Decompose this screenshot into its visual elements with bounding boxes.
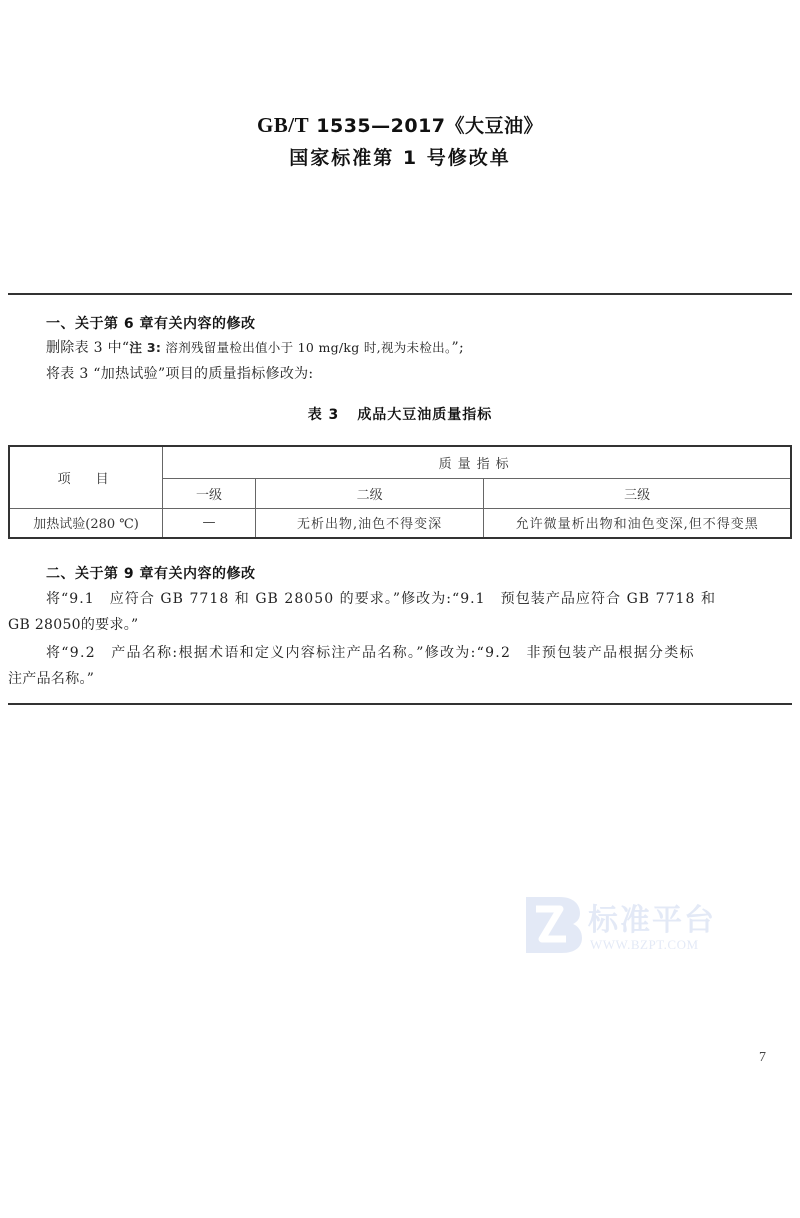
document-subtitle: 国家标准第 1 号修改单 — [0, 145, 800, 171]
document-title-block: GB/T 1535—2017《大豆油》 国家标准第 1 号修改单 — [0, 112, 800, 171]
quality-spec-table: 项 目 质量指标 一级 二级 三级 加热试验(280 ℃) — 无析出物,油色不… — [8, 445, 792, 539]
note-text: 溶剂残留量检出值小于 10 mg/kg 时,视为未检出。 — [161, 340, 451, 355]
section-2-para-2-line-2: 注产品名称。” — [8, 668, 94, 688]
table-title: 成品大豆油质量指标 — [357, 407, 492, 423]
watermark-name: 标准平台 — [588, 895, 716, 939]
standard-title: 1535—2017《大豆油》 — [309, 115, 543, 137]
section-2-para-1-line-1: 将“9.1 应符合 GB 7718 和 GB 28050 的要求。”修改为:“9… — [46, 588, 716, 608]
section-2-heading: 二、关于第 9 章有关内容的修改 — [46, 563, 256, 583]
header-grade-2: 二级 — [255, 478, 483, 508]
watermark-url: WWW.BZPT.COM — [590, 937, 699, 953]
bottom-divider — [8, 703, 792, 705]
watermark: 标准平台 WWW.BZPT.COM — [522, 893, 732, 957]
table-header-row: 项 目 质量指标 — [9, 446, 791, 478]
row-grade-2-value: 无析出物,油色不得变深 — [255, 508, 483, 538]
table-row: 加热试验(280 ℃) — 无析出物,油色不得变深 允许微量析出物和油色变深,但… — [9, 508, 791, 538]
header-grade-1: 一级 — [163, 478, 256, 508]
document-title: GB/T 1535—2017《大豆油》 — [0, 112, 800, 139]
row-grade-1-value: — — [163, 508, 256, 538]
top-divider — [8, 293, 792, 295]
header-grade-3: 三级 — [484, 478, 791, 508]
table-number: 表 3 — [308, 407, 340, 423]
header-quality-index: 质量指标 — [163, 446, 791, 478]
section-1-line-1: 删除表 3 中“注 3: 溶剂残留量检出值小于 10 mg/kg 时,视为未检出… — [46, 337, 464, 357]
line-prefix: 删除表 3 中“ — [46, 340, 129, 356]
section-1-heading: 一、关于第 6 章有关内容的修改 — [46, 313, 256, 333]
header-item: 项 目 — [9, 446, 163, 508]
row-item: 加热试验(280 ℃) — [9, 508, 163, 538]
note-label: 注 3: — [129, 340, 161, 355]
row-grade-3-value: 允许微量析出物和油色变深,但不得变黑 — [484, 508, 791, 538]
section-2-para-1-line-2: GB 28050的要求。” — [8, 614, 139, 634]
bz-logo-icon — [522, 893, 584, 955]
standard-code-prefix: GB/T — [257, 113, 309, 137]
table-caption: 表 3成品大豆油质量指标 — [0, 404, 800, 424]
line-suffix: ”; — [452, 340, 464, 356]
section-1-line-2: 将表 3 “加热试验”项目的质量指标修改为: — [46, 363, 313, 383]
page-number: 7 — [759, 1050, 766, 1066]
section-2-para-2-line-1: 将“9.2 产品名称:根据术语和定义内容标注产品名称。”修改为:“9.2 非预包… — [46, 642, 695, 662]
